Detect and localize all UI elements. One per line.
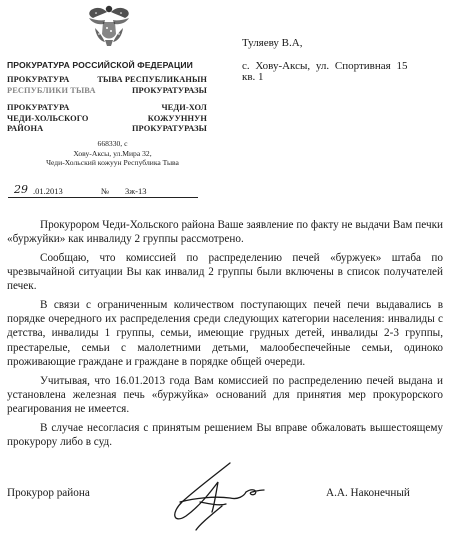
body-paragraph: Сообщаю, что комиссией по распределению … <box>7 251 443 294</box>
document-number: 3ж-13 <box>125 186 146 196</box>
body-paragraph: Прокурором Чеди-Хольского района Ваше за… <box>7 218 443 246</box>
right-block-2-line: КОЖУУННУН <box>95 114 207 125</box>
address-line: 668330, с <box>0 139 225 149</box>
recipient-address-line1: с. Хову-Аксы, ул. Спортивная 15 <box>242 60 407 72</box>
handwritten-signature-icon <box>160 460 275 535</box>
right-block-2-line: ПРОКУРАТУРАЗЫ <box>95 124 207 135</box>
number-label: № <box>101 186 109 196</box>
russian-coat-of-arms-icon <box>83 4 135 48</box>
letterhead-left-block-1: ПРОКУРАТУРА РЕСПУБЛИКИ ТЫВА <box>7 75 96 96</box>
right-block-2-line: ЧЕДИ-ХОЛ <box>95 103 207 114</box>
right-block-1-line: ПРОКУРАТУРАЗЫ <box>95 86 207 97</box>
left-block-1-line: РЕСПУБЛИКИ ТЫВА <box>7 86 96 97</box>
letter-body: Прокурором Чеди-Хольского района Ваше за… <box>7 218 443 454</box>
recipient-name: Туляеву В.А, <box>242 37 302 49</box>
address-line: Хову-Аксы, ул.Мира 32, <box>0 149 225 159</box>
letterhead-right-block-1: ТЫВА РЕСПУБЛИКАНЫН ПРОКУРАТУРАЗЫ <box>95 75 207 96</box>
date-number-line: 29 .01.2013 № 3ж-13 <box>8 183 198 198</box>
letterhead-right-block-2: ЧЕДИ-ХОЛ КОЖУУННУН ПРОКУРАТУРАЗЫ <box>95 103 207 135</box>
left-block-1-line: ПРОКУРАТУРА <box>7 75 96 86</box>
signer-name: А.А. Наконечный <box>326 487 410 499</box>
date-day: 29 <box>14 183 28 196</box>
left-block-2-line: ПРОКУРАТУРА <box>7 103 89 114</box>
left-block-2-line: РАЙОНА <box>7 124 89 135</box>
letterhead-left-block-2: ПРОКУРАТУРА ЧЕДИ-ХОЛЬСКОГО РАЙОНА <box>7 103 89 135</box>
letterhead-address: 668330, с Хову-Аксы, ул.Мира 32, Чеди-Хо… <box>0 139 225 168</box>
body-paragraph: Учитывая, что 16.01.2013 года Вам комисс… <box>7 374 443 417</box>
body-paragraph: В случае несогласия с принятым решением … <box>7 421 443 449</box>
letterhead-title: ПРОКУРАТУРА РОССИЙСКОЙ ФЕДЕРАЦИИ <box>7 60 193 70</box>
recipient-address-line2: кв. 1 <box>242 71 264 83</box>
address-line: Чеди-Хольский кожуун Республика Тыва <box>0 158 225 168</box>
left-block-2-line: ЧЕДИ-ХОЛЬСКОГО <box>7 114 89 125</box>
signer-position: Прокурор района <box>7 487 90 499</box>
body-paragraph: В связи с ограниченным количеством посту… <box>7 298 443 369</box>
right-block-1-line: ТЫВА РЕСПУБЛИКАНЫН <box>95 75 207 86</box>
date-month-year: .01.2013 <box>33 186 63 196</box>
